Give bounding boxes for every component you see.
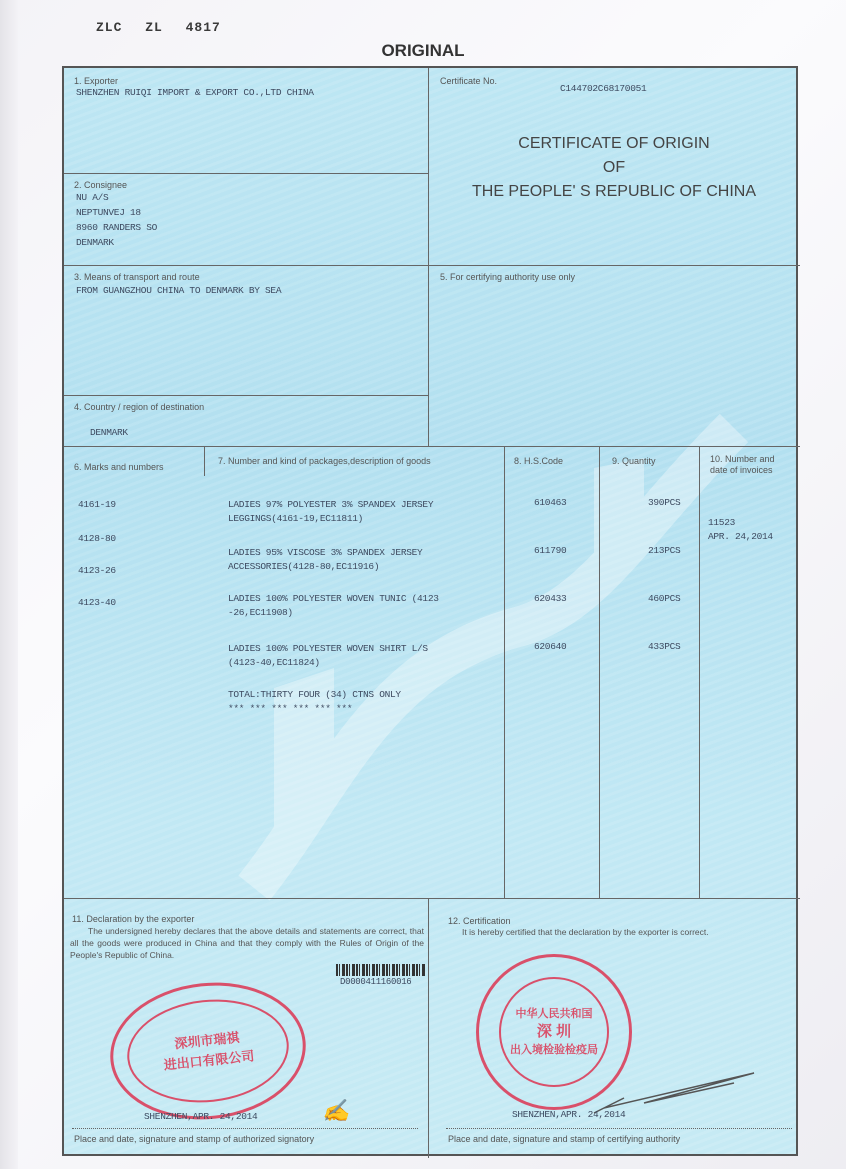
barcode-number: D0000411160016 — [340, 975, 411, 989]
certificate-title-line2: OF — [428, 156, 800, 180]
consignee-line-2: NEPTUNVEJ 18 — [76, 206, 141, 220]
certificate-title-line3: THE PEOPLE' S REPUBLIC OF CHINA — [428, 180, 800, 204]
hs-code-header: 8. H.S.Code — [514, 456, 563, 467]
divider-11-12 — [428, 898, 429, 1158]
goods-stars: *** *** *** *** *** *** — [228, 702, 352, 716]
consignee-line-1: NU A/S — [76, 191, 108, 205]
mark-1: 4161-19 — [78, 498, 116, 512]
destination-value: DENMARK — [90, 426, 128, 440]
reference-code: ZLC ZL 4817 — [96, 20, 221, 35]
declaration-label: 11. Declaration by the exporter — [72, 914, 194, 925]
exporter-value: SHENZHEN RUIQI IMPORT & EXPORT CO.,LTD C… — [76, 86, 314, 100]
invoice-number: 11523 — [708, 516, 735, 530]
exporter-company-stamp: 深圳市瑞祺 进出口有限公司 — [103, 973, 312, 1129]
mark-2: 4128-80 — [78, 532, 116, 546]
goods-row-1-quantity: 390PCS — [648, 496, 680, 510]
transport-label: 3. Means of transport and route — [74, 272, 200, 283]
goods-row-1-hs-code: 610463 — [534, 496, 566, 510]
authority-footer-label: Place and date, signature and stamp of c… — [448, 1134, 680, 1145]
certificate-title: CERTIFICATE OF ORIGIN OF THE PEOPLE' S R… — [428, 130, 800, 210]
certificate-form: 1. Exporter SHENZHEN RUIQI IMPORT & EXPO… — [62, 66, 798, 1156]
divider-2-3 — [64, 265, 800, 266]
goods-row-3-description: LADIES 100% POLYESTER WOVEN TUNIC (4123 … — [228, 592, 439, 620]
divider-8-9 — [599, 446, 600, 898]
divider-4-6 — [64, 446, 800, 447]
goods-row-4-hs-code: 620640 — [534, 640, 566, 654]
goods-row-3-quantity: 460PCS — [648, 592, 680, 606]
divider-9-10 — [699, 446, 700, 898]
destination-label: 4. Country / region of destination — [74, 402, 204, 413]
divider-6-7 — [204, 446, 205, 476]
invoice-header: 10. Number and date of invoices — [710, 454, 790, 476]
divider-goods-declaration — [64, 898, 800, 899]
declaration-text: The undersigned hereby declares that the… — [70, 925, 424, 961]
divider-7-8 — [504, 446, 505, 898]
goods-row-2-description: LADIES 95% VISCOSE 3% SPANDEX JERSEY ACC… — [228, 546, 422, 574]
page-edge — [0, 0, 18, 1169]
consignee-line-4: DENMARK — [76, 236, 114, 250]
certificate-no-label: Certificate No. — [440, 76, 497, 87]
consignee-line-3: 8960 RANDERS SO — [76, 221, 157, 235]
goods-total: TOTAL:THIRTY FOUR (34) CTNS ONLY — [228, 688, 401, 702]
certificate-no-value: C144702C68170051 — [560, 82, 646, 96]
certification-text: It is hereby certified that the declarat… — [462, 926, 709, 938]
quantity-header: 9. Quantity — [612, 456, 656, 467]
description-header: 7. Number and kind of packages,descripti… — [218, 456, 431, 467]
certifying-authority-label: 5. For certifying authority use only — [440, 272, 575, 283]
consignee-label: 2. Consignee — [74, 180, 127, 191]
divider-main-vertical — [428, 68, 429, 446]
authority-signature-line — [446, 1128, 792, 1129]
goods-row-2-hs-code: 611790 — [534, 544, 566, 558]
transport-value: FROM GUANGZHOU CHINA TO DENMARK BY SEA — [76, 284, 281, 298]
exporter-footer-label: Place and date, signature and stamp of a… — [74, 1134, 314, 1145]
divider-1-2 — [64, 173, 428, 174]
exporter-signature-icon: ✍ — [322, 1098, 349, 1124]
invoice-date: APR. 24,2014 — [708, 530, 773, 544]
exporter-place-date: SHENZHEN,APR. 24,2014 — [144, 1110, 257, 1124]
marks-header: 6. Marks and numbers — [74, 462, 164, 473]
goods-row-1-description: LADIES 97% POLYESTER 3% SPANDEX JERSEY L… — [228, 498, 433, 526]
certificate-title-line1: CERTIFICATE OF ORIGIN — [428, 132, 800, 156]
exporter-signature-line — [72, 1128, 418, 1129]
mark-3: 4123-26 — [78, 564, 116, 578]
goods-row-4-description: LADIES 100% POLYESTER WOVEN SHIRT L/S (4… — [228, 642, 428, 670]
goods-row-3-hs-code: 620433 — [534, 592, 566, 606]
copy-type-heading: ORIGINAL — [0, 41, 846, 61]
mark-4: 4123-40 — [78, 596, 116, 610]
authority-place-date: SHENZHEN,APR. 24,2014 — [512, 1108, 625, 1122]
goods-row-4-quantity: 433PCS — [648, 640, 680, 654]
divider-3-4 — [64, 395, 428, 396]
goods-row-2-quantity: 213PCS — [648, 544, 680, 558]
